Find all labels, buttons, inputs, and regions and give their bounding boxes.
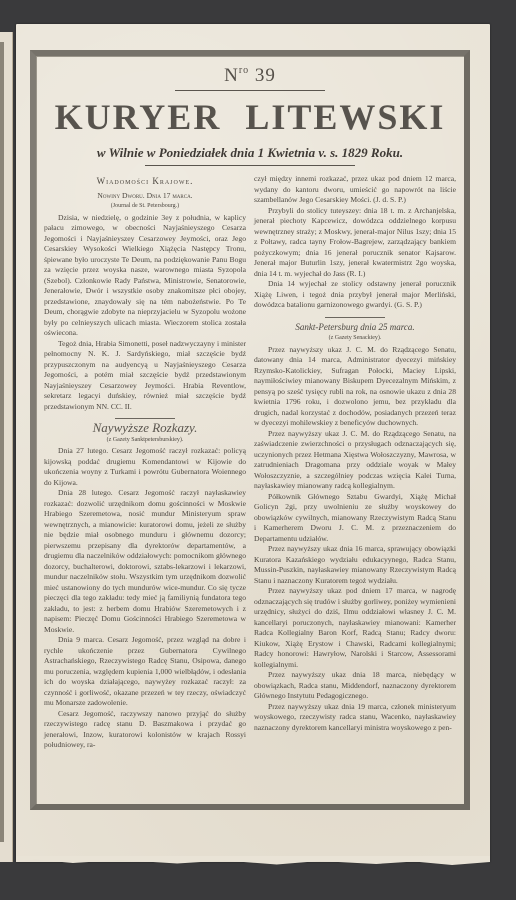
section-divider	[325, 317, 385, 318]
paragraph: Przez naywyższy ukaz pod dniem 17 marca,…	[254, 586, 456, 670]
rule-divider	[175, 90, 325, 91]
paragraph: Tegoż dnia, Hrabia Simonetti, poseł nadz…	[44, 339, 246, 413]
left-column: Wiadomości Krajowe. Nowiny Dworu. Dnia 1…	[44, 174, 246, 751]
paragraph: Przez naywyższy ukaz J. C. M. do Rządząc…	[254, 429, 456, 492]
article-lead: Nowiny Dworu. Dnia 17 marca.	[44, 191, 246, 202]
paragraph: Dnia 28 lutego. Cesarz Jegomość raczył n…	[44, 488, 246, 635]
previous-page-edge	[0, 32, 13, 862]
section-heading: Wiadomości Krajowe.	[44, 176, 246, 187]
rule-divider	[145, 165, 355, 166]
right-column: czył między innemi rozkazać, przez ukaz …	[254, 174, 456, 751]
newspaper-title: KURYERLITEWSKI	[44, 97, 456, 137]
issue-number: Nro 39	[44, 65, 456, 87]
paragraph: Półkownik Głównego Sztabu Gwardyi, Xiążę…	[254, 492, 456, 545]
paragraph: Dnia 9 marca. Cesarz Jegomość, przez wzg…	[44, 635, 246, 709]
article-heading: Naywyższe Rozkazy.	[44, 423, 246, 434]
paragraph: Dnia 27 lutego. Cesarz Jegomość raczył r…	[44, 446, 246, 488]
paragraph: Cesarz Jegomość, raczywszy nanowo przyją…	[44, 709, 246, 751]
torn-bottom-edge	[16, 856, 490, 866]
paragraph: Przybyli do stolicy tuteyszey: dnia 18 t…	[254, 206, 456, 280]
paragraph: czył między innemi rozkazać, przez ukaz …	[254, 174, 456, 206]
paragraph: Przez naywyższy ukaz dnia 16 marca, spra…	[254, 544, 456, 586]
paragraph: Przez naywyższy ukaz dnia 18 marca, nieb…	[254, 670, 456, 702]
article-source: (z Gazety Sanktpetersburskiey).	[44, 435, 246, 446]
masthead: Nro 39 KURYERLITEWSKI w Wilnie w Poniedz…	[44, 65, 456, 166]
page-border-frame: Nro 39 KURYERLITEWSKI w Wilnie w Poniedz…	[30, 50, 470, 810]
text-columns: Wiadomości Krajowe. Nowiny Dworu. Dnia 1…	[44, 174, 456, 751]
previous-page-frame	[0, 42, 4, 842]
paragraph: Przez naywyższy ukaz dnia 19 marca, czło…	[254, 702, 456, 734]
article-source: (z Gazety Senackiey).	[254, 333, 456, 344]
section-divider	[115, 418, 175, 419]
paragraph: Dzisia, w niedzielę, o godzinie 3ey z po…	[44, 213, 246, 339]
newspaper-page: Nro 39 KURYERLITEWSKI w Wilnie w Poniedz…	[16, 24, 490, 862]
article-source: (Journal de St. Petersbourg.)	[44, 201, 246, 212]
paragraph: Przez naywyższy ukaz J. C. M. do Rządząc…	[254, 345, 456, 429]
dateline: w Wilnie w Poniedziałek dnia 1 Kwietnia …	[44, 145, 456, 161]
article-heading: Sankt-Petersburg dnia 25 marca.	[254, 322, 456, 333]
paragraph: Dnia 14 wyjechał ze stolicy odstawny jen…	[254, 279, 456, 311]
